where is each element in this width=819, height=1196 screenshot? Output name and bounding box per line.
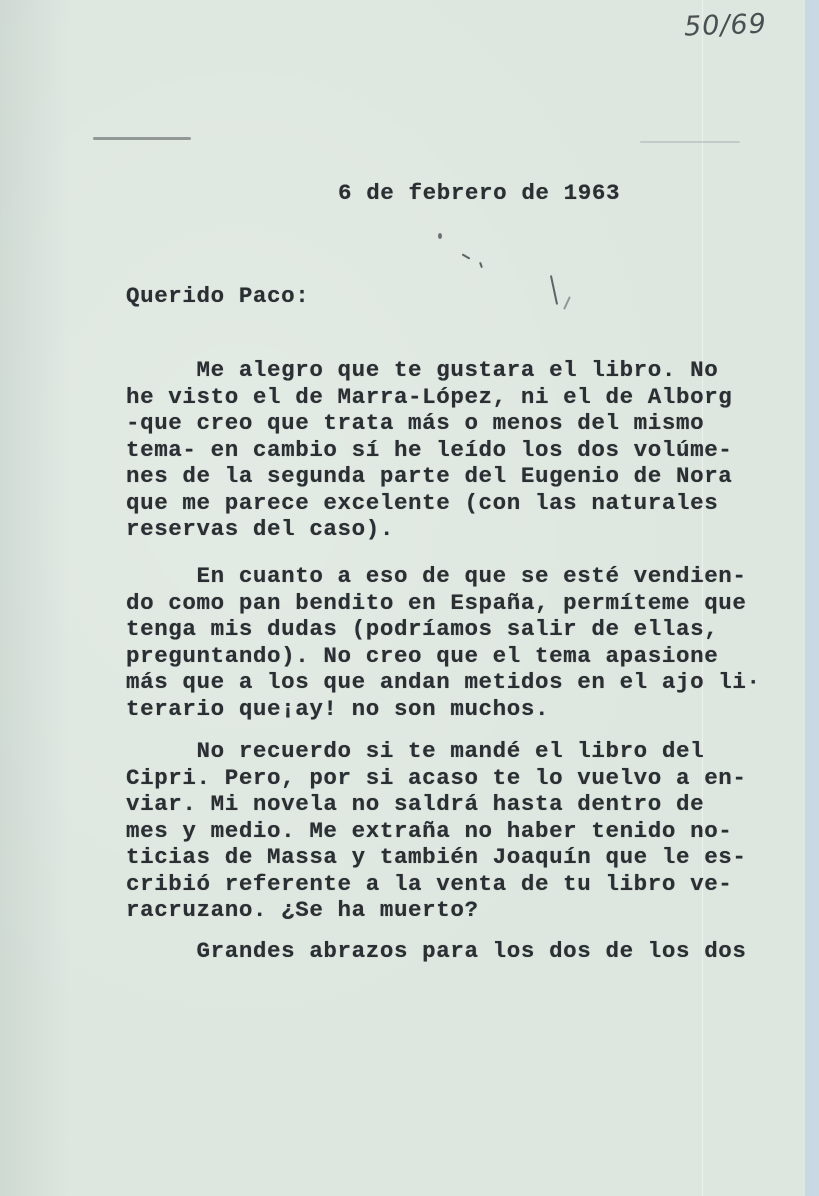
letter-line: Me alegro que te gustara el libro. No	[126, 357, 718, 384]
handwritten-page-number: 50/69	[683, 9, 767, 43]
letter-line: do como pan bendito en España, permíteme…	[126, 590, 747, 617]
letter-line: cribió referente a la venta de tu libro …	[126, 871, 732, 898]
ink-mark	[550, 275, 558, 305]
letter-line: nes de la segunda parte del Eugenio de N…	[126, 463, 732, 490]
letter-line: No recuerdo si te mandé el libro del	[126, 738, 704, 765]
letterhead-rule-right	[640, 141, 740, 143]
letter-line: viar. Mi novela no saldrá hasta dentro d…	[126, 791, 704, 818]
letter-date: 6 de febrero de 1963	[338, 180, 620, 206]
letter-line: ticias de Massa y también Joaquín que le…	[126, 844, 747, 871]
letter-line: -que creo que trata más o menos del mism…	[126, 410, 704, 437]
letter-line: que me parece excelente (con las natural…	[126, 490, 718, 517]
ink-mark	[462, 253, 471, 259]
letter-line: En cuanto a eso de que se esté vendien-	[126, 563, 747, 590]
letter-line: más que a los que andan metidos en el aj…	[126, 669, 761, 696]
scan-background-edge	[805, 0, 819, 1196]
letter-line: Grandes abrazos para los dos de los dos	[126, 938, 747, 965]
letter-line: terario que¡ay! no son muchos.	[126, 696, 549, 723]
letter-line: mes y medio. Me extraña no haber tenido …	[126, 818, 732, 845]
letter-salutation: Querido Paco:	[126, 283, 309, 309]
letter-line: Cipri. Pero, por si acaso te lo vuelvo a…	[126, 765, 747, 792]
letter-line: reservas del caso).	[126, 516, 394, 543]
ink-mark	[479, 262, 483, 268]
ink-speck	[438, 233, 442, 239]
letter-page: 50/69 6 de febrero de 1963 Querido Paco:…	[0, 0, 805, 1196]
letter-line: racruzano. ¿Se ha muerto?	[126, 897, 479, 924]
ink-mark	[563, 296, 571, 310]
letter-line: tema- en cambio sí he leído los dos volú…	[126, 437, 732, 464]
letter-line: he visto el de Marra-López, ni el de Alb…	[126, 384, 732, 411]
letter-line: tenga mis dudas (podríamos salir de ella…	[126, 616, 718, 643]
letter-line: preguntando). No creo que el tema apasio…	[126, 643, 718, 670]
letterhead-rule-left	[93, 137, 191, 140]
